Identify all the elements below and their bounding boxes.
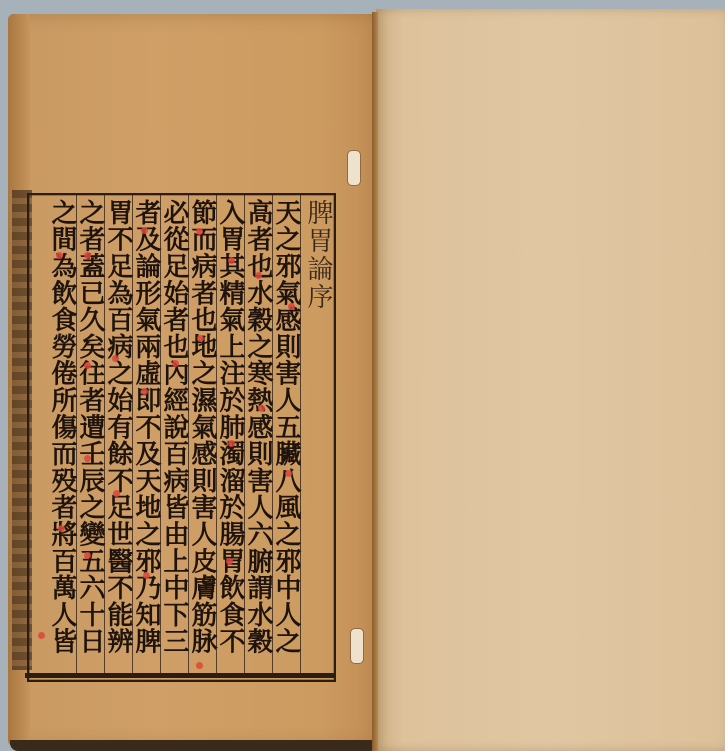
- right-page-blank: [376, 9, 725, 751]
- page-bottom-shadow: [10, 740, 376, 751]
- text-column-6: 者及論形氣兩虛即不及天地之邪乃知脾: [132, 193, 160, 678]
- red-punctuation-mark: [228, 257, 235, 264]
- text-column-7: 胃不足為百病之始有餘不足世醫不能辨: [104, 193, 132, 678]
- binding-stitch-bottom: [350, 628, 364, 664]
- binding-stitch-top: [347, 150, 361, 186]
- red-punctuation-mark: [197, 335, 204, 342]
- red-punctuation-mark: [38, 632, 45, 639]
- red-punctuation-mark: [196, 662, 203, 669]
- red-punctuation-mark: [56, 252, 63, 259]
- book-gutter: [372, 12, 378, 751]
- text-column-3: 入胃其精氣上注於肺濁溜於腸胃飲食不: [216, 193, 244, 678]
- text-column-1: 天之邪氣感則害人五臟八風之邪中人之: [272, 193, 300, 678]
- open-book: 脾胃論序 天之邪氣感則害人五臟八風之邪中人之 高者也水穀之寒熱感則害人六腑謂水穀…: [0, 0, 725, 751]
- red-punctuation-mark: [112, 355, 119, 362]
- text-columns: 脾胃論序 天之邪氣感則害人五臟八風之邪中人之 高者也水穀之寒熱感則害人六腑謂水穀…: [27, 193, 332, 678]
- red-punctuation-mark: [141, 227, 148, 234]
- red-punctuation-mark: [285, 470, 292, 477]
- red-punctuation-mark: [141, 388, 148, 395]
- red-punctuation-mark: [84, 455, 91, 462]
- red-punctuation-mark: [58, 525, 65, 532]
- text-column-8: 之者蓋已久矣往者遭壬辰之變五六十日: [76, 193, 104, 678]
- text-column-4: 節而病者也地之濕氣感則害人皮膚筋脉: [188, 193, 216, 678]
- red-punctuation-mark: [143, 572, 150, 579]
- red-punctuation-mark: [258, 405, 265, 412]
- red-punctuation-mark: [255, 272, 262, 279]
- red-punctuation-mark: [288, 303, 295, 310]
- red-punctuation-mark: [84, 552, 91, 559]
- red-punctuation-mark: [84, 362, 91, 369]
- red-punctuation-mark: [113, 490, 120, 497]
- text-column-9: 之間為飲食勞倦所傷而殁者將百萬人皆: [48, 193, 76, 678]
- red-punctuation-mark: [84, 252, 91, 259]
- text-column-5: 必從足始者也內經說百病皆由上中下三: [160, 193, 188, 678]
- red-punctuation-mark: [196, 228, 203, 235]
- red-punctuation-mark: [172, 360, 179, 367]
- text-column-2: 高者也水穀之寒熱感則害人六腑謂水穀: [244, 193, 272, 678]
- preface-title: 脾胃論序: [300, 193, 332, 678]
- red-punctuation-mark: [228, 440, 235, 447]
- red-punctuation-mark: [226, 558, 233, 565]
